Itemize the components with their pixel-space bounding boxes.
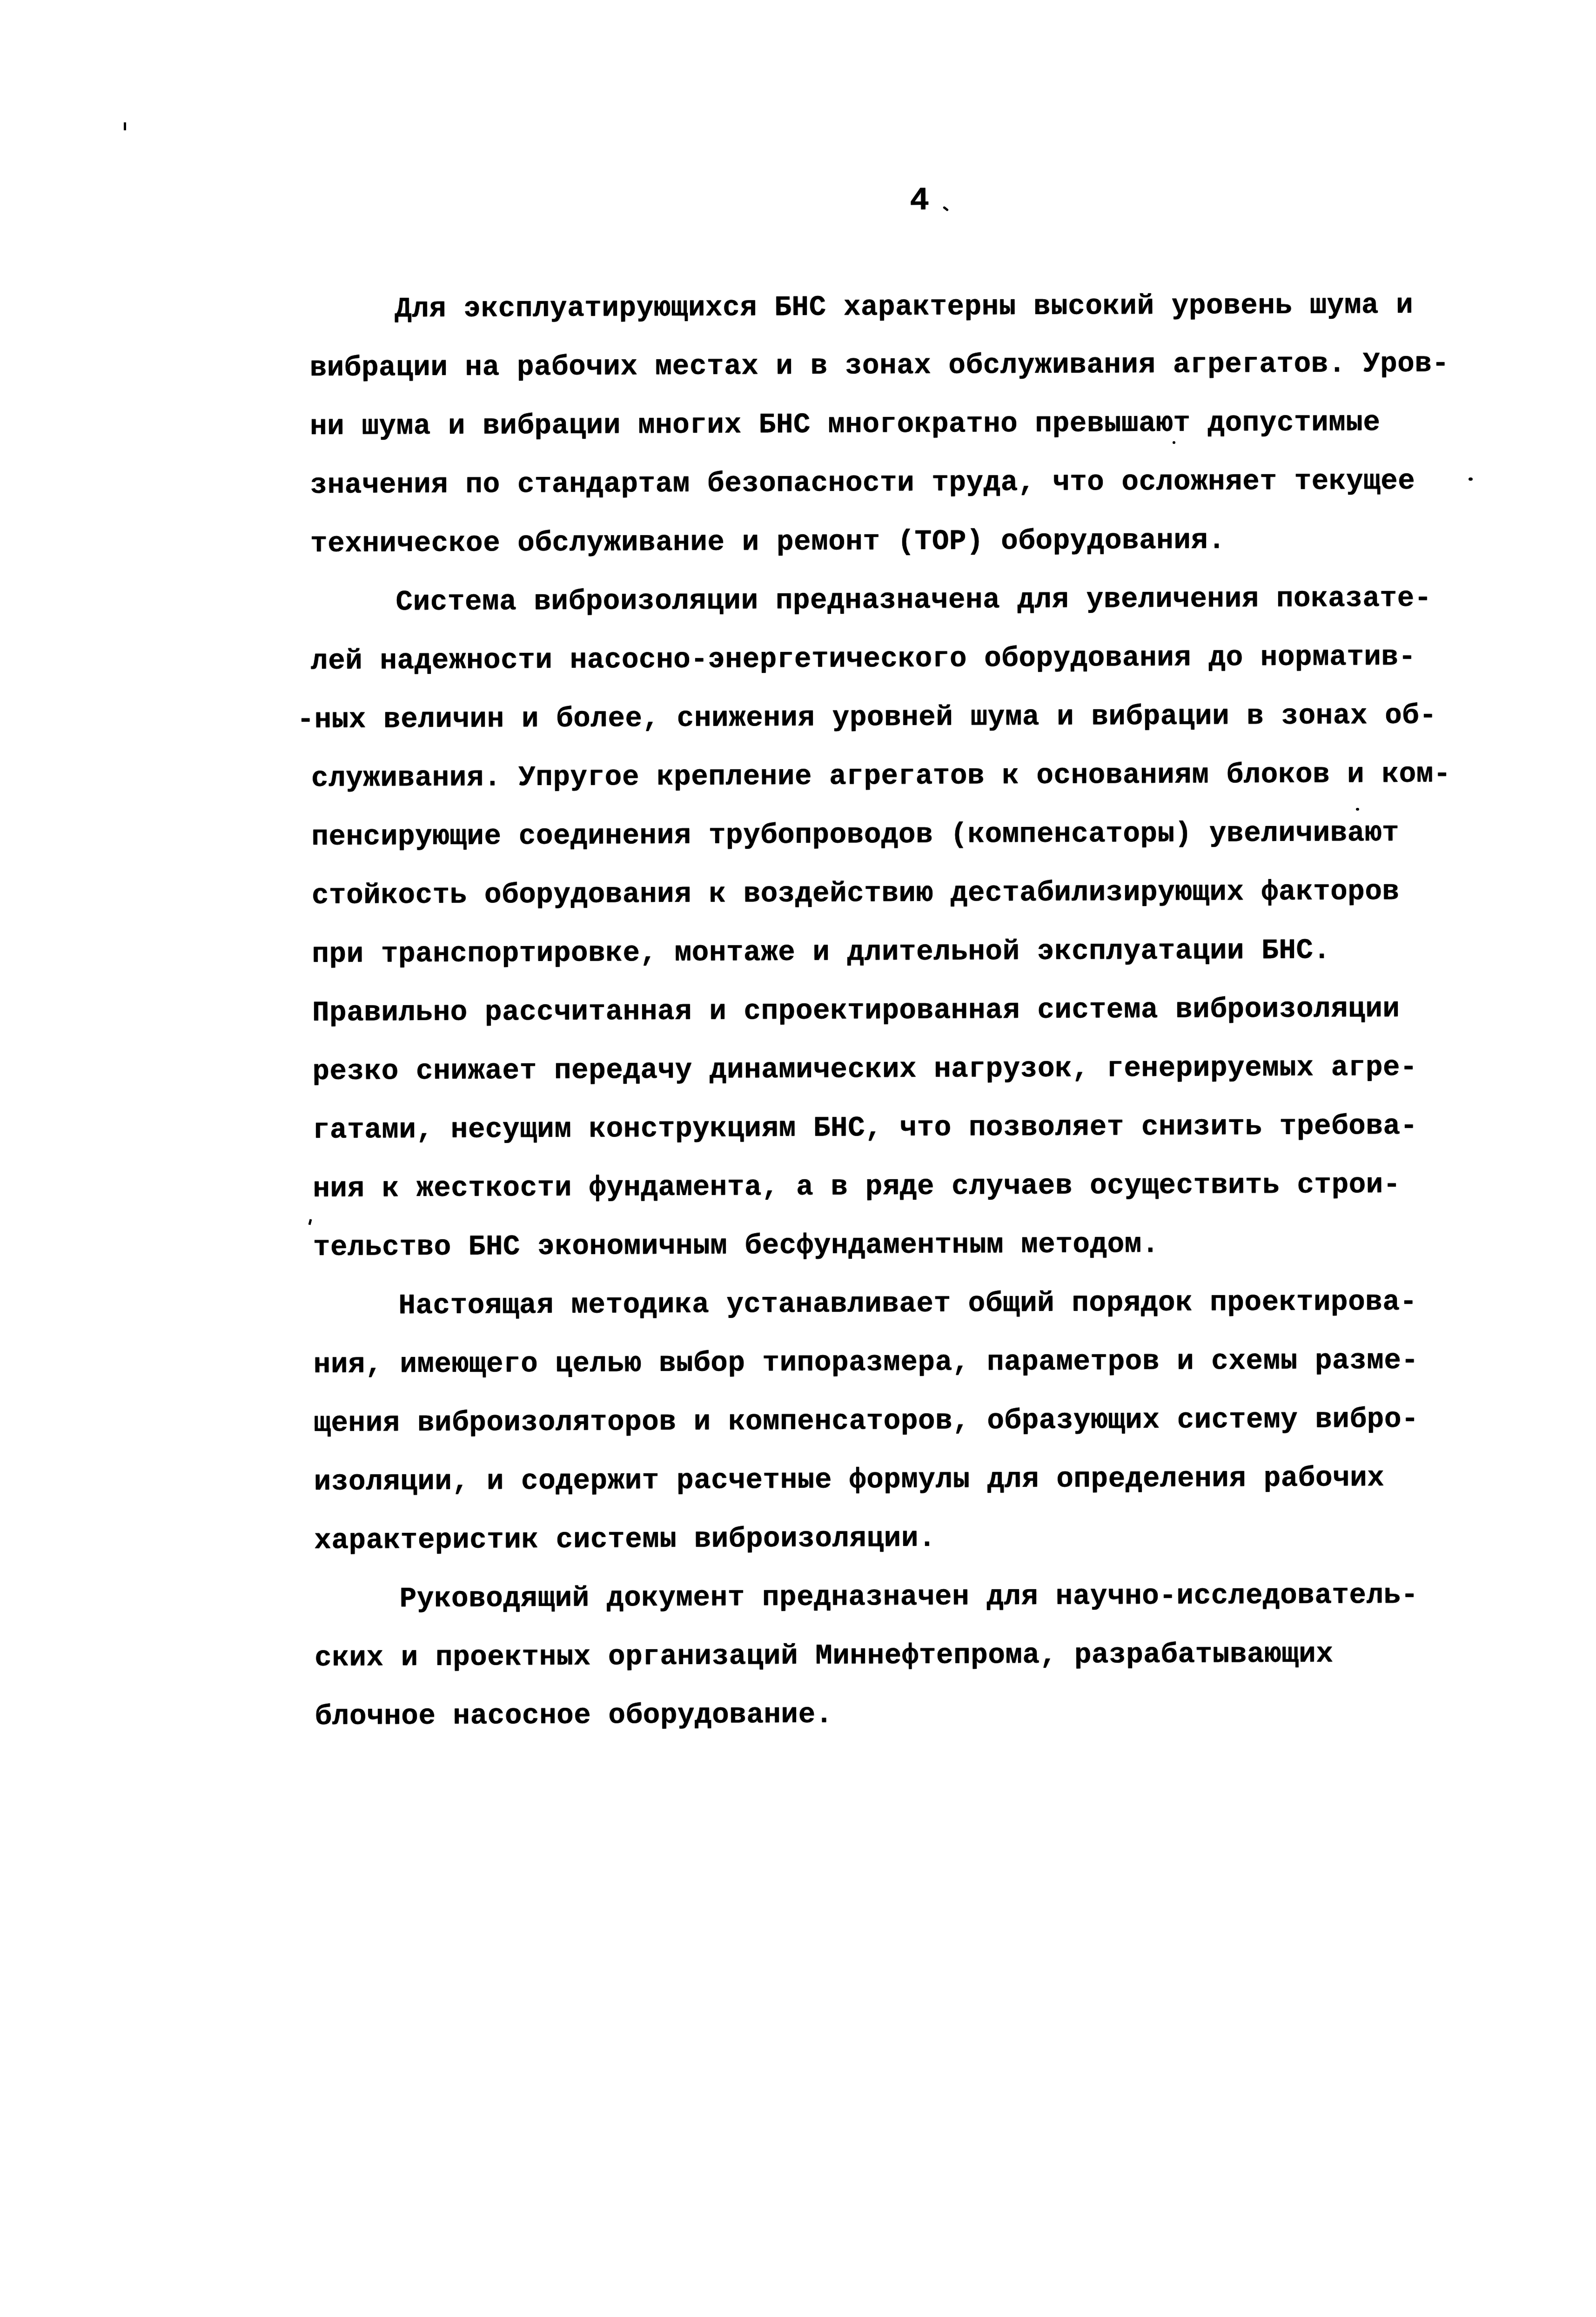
scan-speck (1469, 477, 1473, 481)
scanned-page: { "colors": { "paper": "#ffffff", "ink":… (0, 0, 1596, 2317)
text-line: служивания. Упругое крепление агрегатов … (311, 745, 1475, 808)
text-line: техническое обслуживание и ремонт (ТОР) … (310, 510, 1474, 574)
page-number: 4 (910, 183, 929, 220)
text-line: значения по стандартам безопасности труд… (310, 452, 1473, 515)
text-line: резко снижает передачу динамических нагр… (312, 1038, 1475, 1101)
scan-speck (1356, 808, 1359, 811)
text-line: гатами, несущим конструкциям БНС, что по… (313, 1097, 1476, 1160)
text-line: характеристик системы виброизоляции. (314, 1507, 1477, 1571)
text-line: стойкость оборудования к воздействию дес… (312, 862, 1475, 926)
text-line: вибрации на рабочих местах и в зонах обс… (309, 335, 1473, 398)
text-line: лей надежности насосно-энергетического о… (311, 628, 1474, 691)
text-line: при транспортировке, монтаже и длительно… (312, 921, 1475, 984)
scan-speck (1173, 441, 1175, 444)
scan-tilt-wrapper: 4 Для эксплуатирующихся БНС характерны в… (0, 0, 1596, 2317)
text-line: Система виброизоляции предназначена для … (310, 569, 1474, 632)
text-line: Правильно рассчитанная и спроектированна… (312, 980, 1475, 1043)
text-line: тельство БНС экономичным бесфундаментным… (313, 1214, 1476, 1277)
body-text: Для эксплуатирующихся БНС характерны выс… (309, 276, 1478, 1746)
text-line: изоляции, и содержит расчетные формулы д… (314, 1449, 1477, 1512)
text-line: щения виброизоляторов и компенсаторов, о… (314, 1390, 1477, 1453)
text-line: ния к жесткости фундамента, а в ряде слу… (313, 1155, 1476, 1219)
text-line: ни шума и вибрации многих БНС многократн… (310, 393, 1473, 457)
text-line: пенсирующие соединения трубопроводов (ко… (311, 804, 1475, 867)
text-line: ния, имеющего целью выбор типоразмера, п… (314, 1331, 1477, 1395)
text-line: ских и проектных организаций Миннефтепро… (315, 1625, 1478, 1688)
text-line: блочное насосное оборудование. (315, 1683, 1478, 1746)
text-line: -ных величин и более, снижения уровней ш… (311, 686, 1474, 750)
scan-speck (124, 122, 126, 130)
text-line: Настоящая методика устанавливает общий п… (313, 1273, 1476, 1336)
text-line: Для эксплуатирующихся БНС характерны выс… (309, 276, 1473, 339)
text-line: Руководящий документ предназначен для на… (315, 1566, 1478, 1629)
